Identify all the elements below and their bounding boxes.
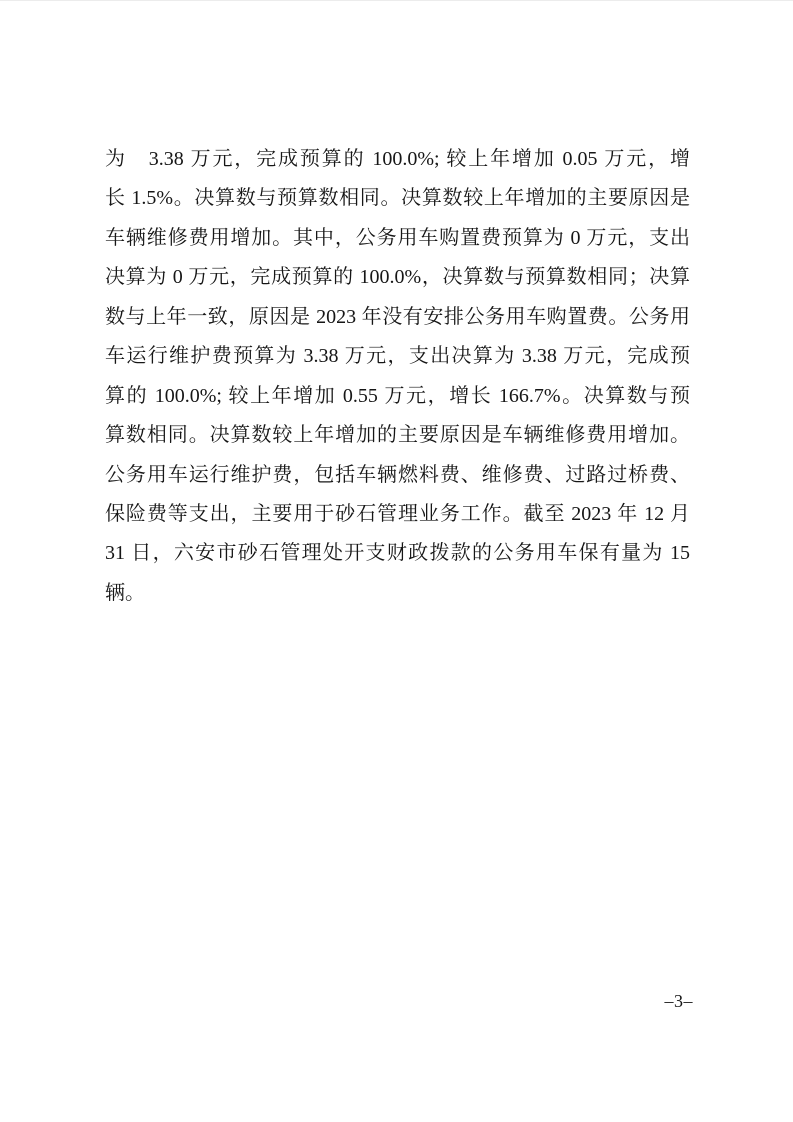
paragraph-block: 为 3.38 万元，完成预算的 100.0%; 较上年增加 0.05 万元，增 …	[105, 140, 690, 613]
page-number: –3–	[665, 990, 694, 1012]
text-line: 31 日，六安市砂石管理处开支财政拨款的公务用车保有量为 15	[105, 534, 690, 573]
text-line: 辆。	[105, 574, 690, 613]
text-line: 长 1.5%。决算数与预算数相同。决算数较上年增加的主要原因是	[105, 179, 690, 218]
text-line: 算的 100.0%; 较上年增加 0.55 万元，增长 166.7%。决算数与预	[105, 377, 690, 416]
text-line: 保险费等支出，主要用于砂石管理业务工作。截至 2023 年 12 月	[105, 495, 690, 534]
text-line: 为 3.38 万元，完成预算的 100.0%; 较上年增加 0.05 万元，增	[105, 140, 690, 179]
text-line: 数与上年一致，原因是 2023 年没有安排公务用车购置费。公务用	[105, 298, 690, 337]
text-line: 车辆维修费用增加。其中，公务用车购置费预算为 0 万元，支出	[105, 219, 690, 258]
text-line: 算数相同。决算数较上年增加的主要原因是车辆维修费用增加。	[105, 416, 690, 455]
text-line: 车运行维护费预算为 3.38 万元，支出决算为 3.38 万元，完成预	[105, 337, 690, 376]
document-page: 为 3.38 万元，完成预算的 100.0%; 较上年增加 0.05 万元，增 …	[0, 0, 793, 1122]
scan-edge-artifact	[0, 0, 793, 1]
text-line: 决算为 0 万元，完成预算的 100.0%，决算数与预算数相同；决算	[105, 258, 690, 297]
text-line: 公务用车运行维护费，包括车辆燃料费、维修费、过路过桥费、	[105, 456, 690, 495]
